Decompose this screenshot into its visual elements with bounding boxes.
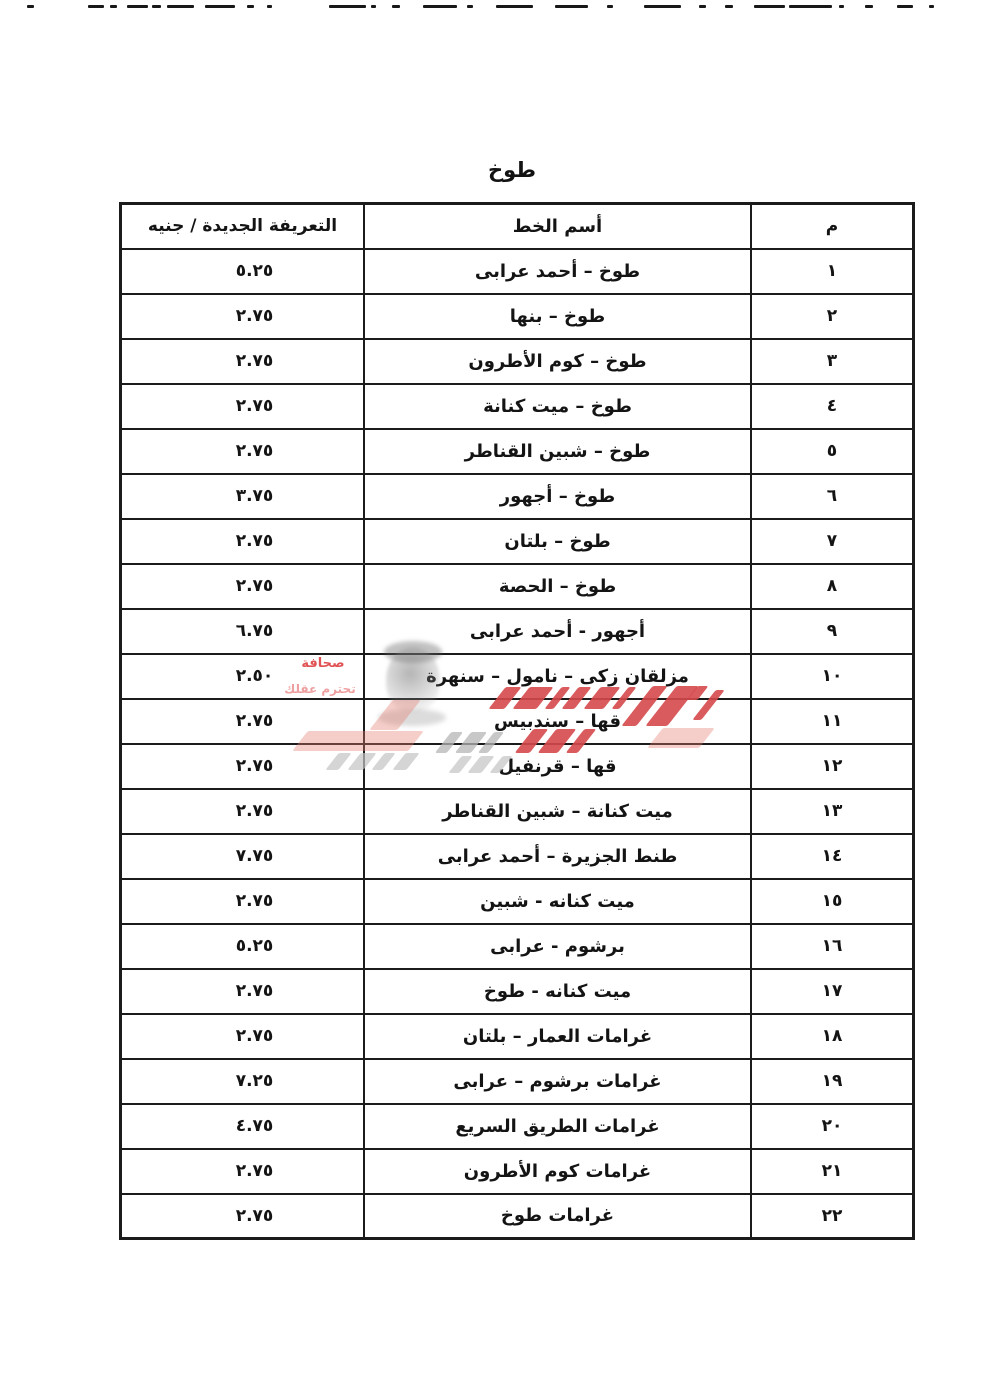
scan-artifact-mark	[725, 5, 733, 8]
row-number-cell: ٩	[751, 609, 914, 654]
table-row: ٩ أجهور - أحمد عرابى ٦.٧٥	[121, 609, 914, 654]
tariff-cell: ٥.٢٥	[121, 924, 365, 969]
line-name-cell: غرامات طوخ	[364, 1194, 751, 1239]
tariff-cell: ٦.٧٥	[121, 609, 365, 654]
scan-artifact-mark	[897, 5, 913, 8]
scan-artifact-mark	[392, 5, 400, 8]
scan-artifact-mark	[127, 5, 148, 8]
tariff-cell: ٢.٧٥	[121, 1149, 365, 1194]
row-number-cell: ٣	[751, 339, 914, 384]
table-row: ٣ طوخ – كوم الأطرون ٢.٧٥	[121, 339, 914, 384]
tariff-cell: ٢.٧٥	[121, 1194, 365, 1239]
line-name-cell: قها – قرنفيل	[364, 744, 751, 789]
header-num: م	[751, 204, 914, 249]
scan-artifact-mark	[27, 5, 34, 8]
row-number-cell: ١٤	[751, 834, 914, 879]
tariff-cell: ٢.٧٥	[121, 789, 365, 834]
line-name-cell: أجهور - أحمد عرابى	[364, 609, 751, 654]
row-number-cell: ٢	[751, 294, 914, 339]
scan-artifact-mark	[607, 5, 613, 8]
table-row: ٢ طوخ – بنها ٢.٧٥	[121, 294, 914, 339]
tariff-table: م أسم الخط التعريفة الجديدة / جنيه ١ طوخ…	[119, 202, 915, 1240]
table-row: ٢١ غرامات كوم الأطرون ٢.٧٥	[121, 1149, 914, 1194]
row-number-cell: ٧	[751, 519, 914, 564]
tariff-cell: ٢.٧٥	[121, 969, 365, 1014]
table-row: ٢٢ غرامات طوخ ٢.٧٥	[121, 1194, 914, 1239]
tariff-cell: ٢.٧٥	[121, 384, 365, 429]
row-number-cell: ١٥	[751, 879, 914, 924]
row-number-cell: ١٩	[751, 1059, 914, 1104]
scan-artifact-mark	[423, 5, 457, 8]
line-name-cell: برشوم - عرابى	[364, 924, 751, 969]
row-number-cell: ١٨	[751, 1014, 914, 1059]
table-header: م أسم الخط التعريفة الجديدة / جنيه	[121, 204, 914, 249]
scan-artifact-mark	[789, 5, 832, 8]
row-number-cell: ١٠	[751, 654, 914, 699]
tariff-cell: ٢.٧٥	[121, 294, 365, 339]
line-name-cell: طوخ – بلتان	[364, 519, 751, 564]
tariff-cell: ٣.٧٥	[121, 474, 365, 519]
page-title: طوخ	[119, 158, 905, 182]
scan-artifact-mark	[754, 5, 785, 8]
scan-artifact-mark	[110, 5, 117, 8]
tariff-cell: ٢.٧٥	[121, 744, 365, 789]
scan-artifact-mark	[644, 5, 681, 8]
header-row: م أسم الخط التعريفة الجديدة / جنيه	[121, 204, 914, 249]
line-name-cell: ميت كنانه - شبين	[364, 879, 751, 924]
line-name-cell: طوخ – شبين القناطر	[364, 429, 751, 474]
tariff-cell: ٧.٢٥	[121, 1059, 365, 1104]
line-name-cell: طوخ – الحصة	[364, 564, 751, 609]
line-name-cell: طوخ – ميت كنانة	[364, 384, 751, 429]
row-number-cell: ٦	[751, 474, 914, 519]
tariff-cell: ٤.٧٥	[121, 1104, 365, 1149]
row-number-cell: ١١	[751, 699, 914, 744]
row-number-cell: ١٦	[751, 924, 914, 969]
line-name-cell: مزلقان زكى – نامول – سنهرة	[364, 654, 751, 699]
scan-artifact-mark	[205, 5, 235, 8]
line-name-cell: طنط الجزيرة – أحمد عرابى	[364, 834, 751, 879]
line-name-cell: طوخ – أجهور	[364, 474, 751, 519]
row-number-cell: ٨	[751, 564, 914, 609]
scan-artifact-mark	[929, 5, 934, 8]
table-row: ٦ طوخ – أجهور ٣.٧٥	[121, 474, 914, 519]
line-name-cell: طوخ – كوم الأطرون	[364, 339, 751, 384]
scan-artifact-mark	[371, 5, 376, 8]
tariff-cell: ٢.٧٥	[121, 339, 365, 384]
scan-artifact-mark	[839, 5, 844, 8]
table-row: ١ طوخ – أحمد عرابى ٥.٢٥	[121, 249, 914, 294]
table-row: ٨ طوخ – الحصة ٢.٧٥	[121, 564, 914, 609]
row-number-cell: ٢٠	[751, 1104, 914, 1149]
table-row: ١٤ طنط الجزيرة – أحمد عرابى ٧.٧٥	[121, 834, 914, 879]
table-row: ١٧ ميت كنانه - طوخ ٢.٧٥	[121, 969, 914, 1014]
table-row: ١٢ قها – قرنفيل ٢.٧٥	[121, 744, 914, 789]
document-page: طوخ م أسم الخط التعريفة الجديدة / جنيه ١…	[0, 0, 990, 1400]
table-row: ١٩ غرامات برشوم – عرابى ٧.٢٥	[121, 1059, 914, 1104]
row-number-cell: ٤	[751, 384, 914, 429]
row-number-cell: ١	[751, 249, 914, 294]
scan-artifact-mark	[555, 5, 588, 8]
table-row: ١٣ ميت كنانة – شبين القناطر ٢.٧٥	[121, 789, 914, 834]
row-number-cell: ١٢	[751, 744, 914, 789]
tariff-cell: ٢.٥٠	[121, 654, 365, 699]
line-name-cell: ميت كنانه - طوخ	[364, 969, 751, 1014]
table-row: ١١ قها – سندبيس ٢.٧٥	[121, 699, 914, 744]
row-number-cell: ١٧	[751, 969, 914, 1014]
tariff-cell: ٥.٢٥	[121, 249, 365, 294]
table-body: ١ طوخ – أحمد عرابى ٥.٢٥ ٢ طوخ – بنها ٢.٧…	[121, 249, 914, 1239]
tariff-cell: ٢.٧٥	[121, 1014, 365, 1059]
tariff-cell: ٢.٧٥	[121, 879, 365, 924]
row-number-cell: ١٣	[751, 789, 914, 834]
header-tariff: التعريفة الجديدة / جنيه	[121, 204, 365, 249]
table-row: ١٦ برشوم - عرابى ٥.٢٥	[121, 924, 914, 969]
table-row: ٥ طوخ – شبين القناطر ٢.٧٥	[121, 429, 914, 474]
row-number-cell: ٢١	[751, 1149, 914, 1194]
table-row: ١٥ ميت كنانه - شبين ٢.٧٥	[121, 879, 914, 924]
scan-artifact-mark	[699, 5, 706, 8]
scan-artifact-mark	[88, 5, 104, 8]
line-name-cell: قها – سندبيس	[364, 699, 751, 744]
scan-artifact-mark	[152, 5, 161, 8]
row-number-cell: ٢٢	[751, 1194, 914, 1239]
scan-artifact-mark	[865, 5, 873, 8]
line-name-cell: غرامات كوم الأطرون	[364, 1149, 751, 1194]
table-row: ١٨ غرامات العمار – بلتان ٢.٧٥	[121, 1014, 914, 1059]
table-row: ١٠ مزلقان زكى – نامول – سنهرة ٢.٥٠	[121, 654, 914, 699]
row-number-cell: ٥	[751, 429, 914, 474]
scan-artifact-mark	[267, 5, 272, 8]
table-row: ٢٠ غرامات الطريق السريع ٤.٧٥	[121, 1104, 914, 1149]
tariff-cell: ٢.٧٥	[121, 519, 365, 564]
line-name-cell: غرامات العمار – بلتان	[364, 1014, 751, 1059]
tariff-cell: ٧.٧٥	[121, 834, 365, 879]
scan-artifact-mark	[247, 5, 254, 8]
scan-artifact-mark	[329, 5, 366, 8]
scan-artifact-mark	[167, 5, 194, 8]
line-name-cell: طوخ – أحمد عرابى	[364, 249, 751, 294]
line-name-cell: طوخ – بنها	[364, 294, 751, 339]
table-row: ٤ طوخ – ميت كنانة ٢.٧٥	[121, 384, 914, 429]
scan-artifact-mark	[467, 5, 473, 8]
line-name-cell: غرامات برشوم – عرابى	[364, 1059, 751, 1104]
tariff-cell: ٢.٧٥	[121, 429, 365, 474]
tariff-cell: ٢.٧٥	[121, 564, 365, 609]
header-line-name: أسم الخط	[364, 204, 751, 249]
line-name-cell: ميت كنانة – شبين القناطر	[364, 789, 751, 834]
tariff-cell: ٢.٧٥	[121, 699, 365, 744]
scan-artifact-mark	[496, 5, 533, 8]
table-row: ٧ طوخ – بلتان ٢.٧٥	[121, 519, 914, 564]
line-name-cell: غرامات الطريق السريع	[364, 1104, 751, 1149]
